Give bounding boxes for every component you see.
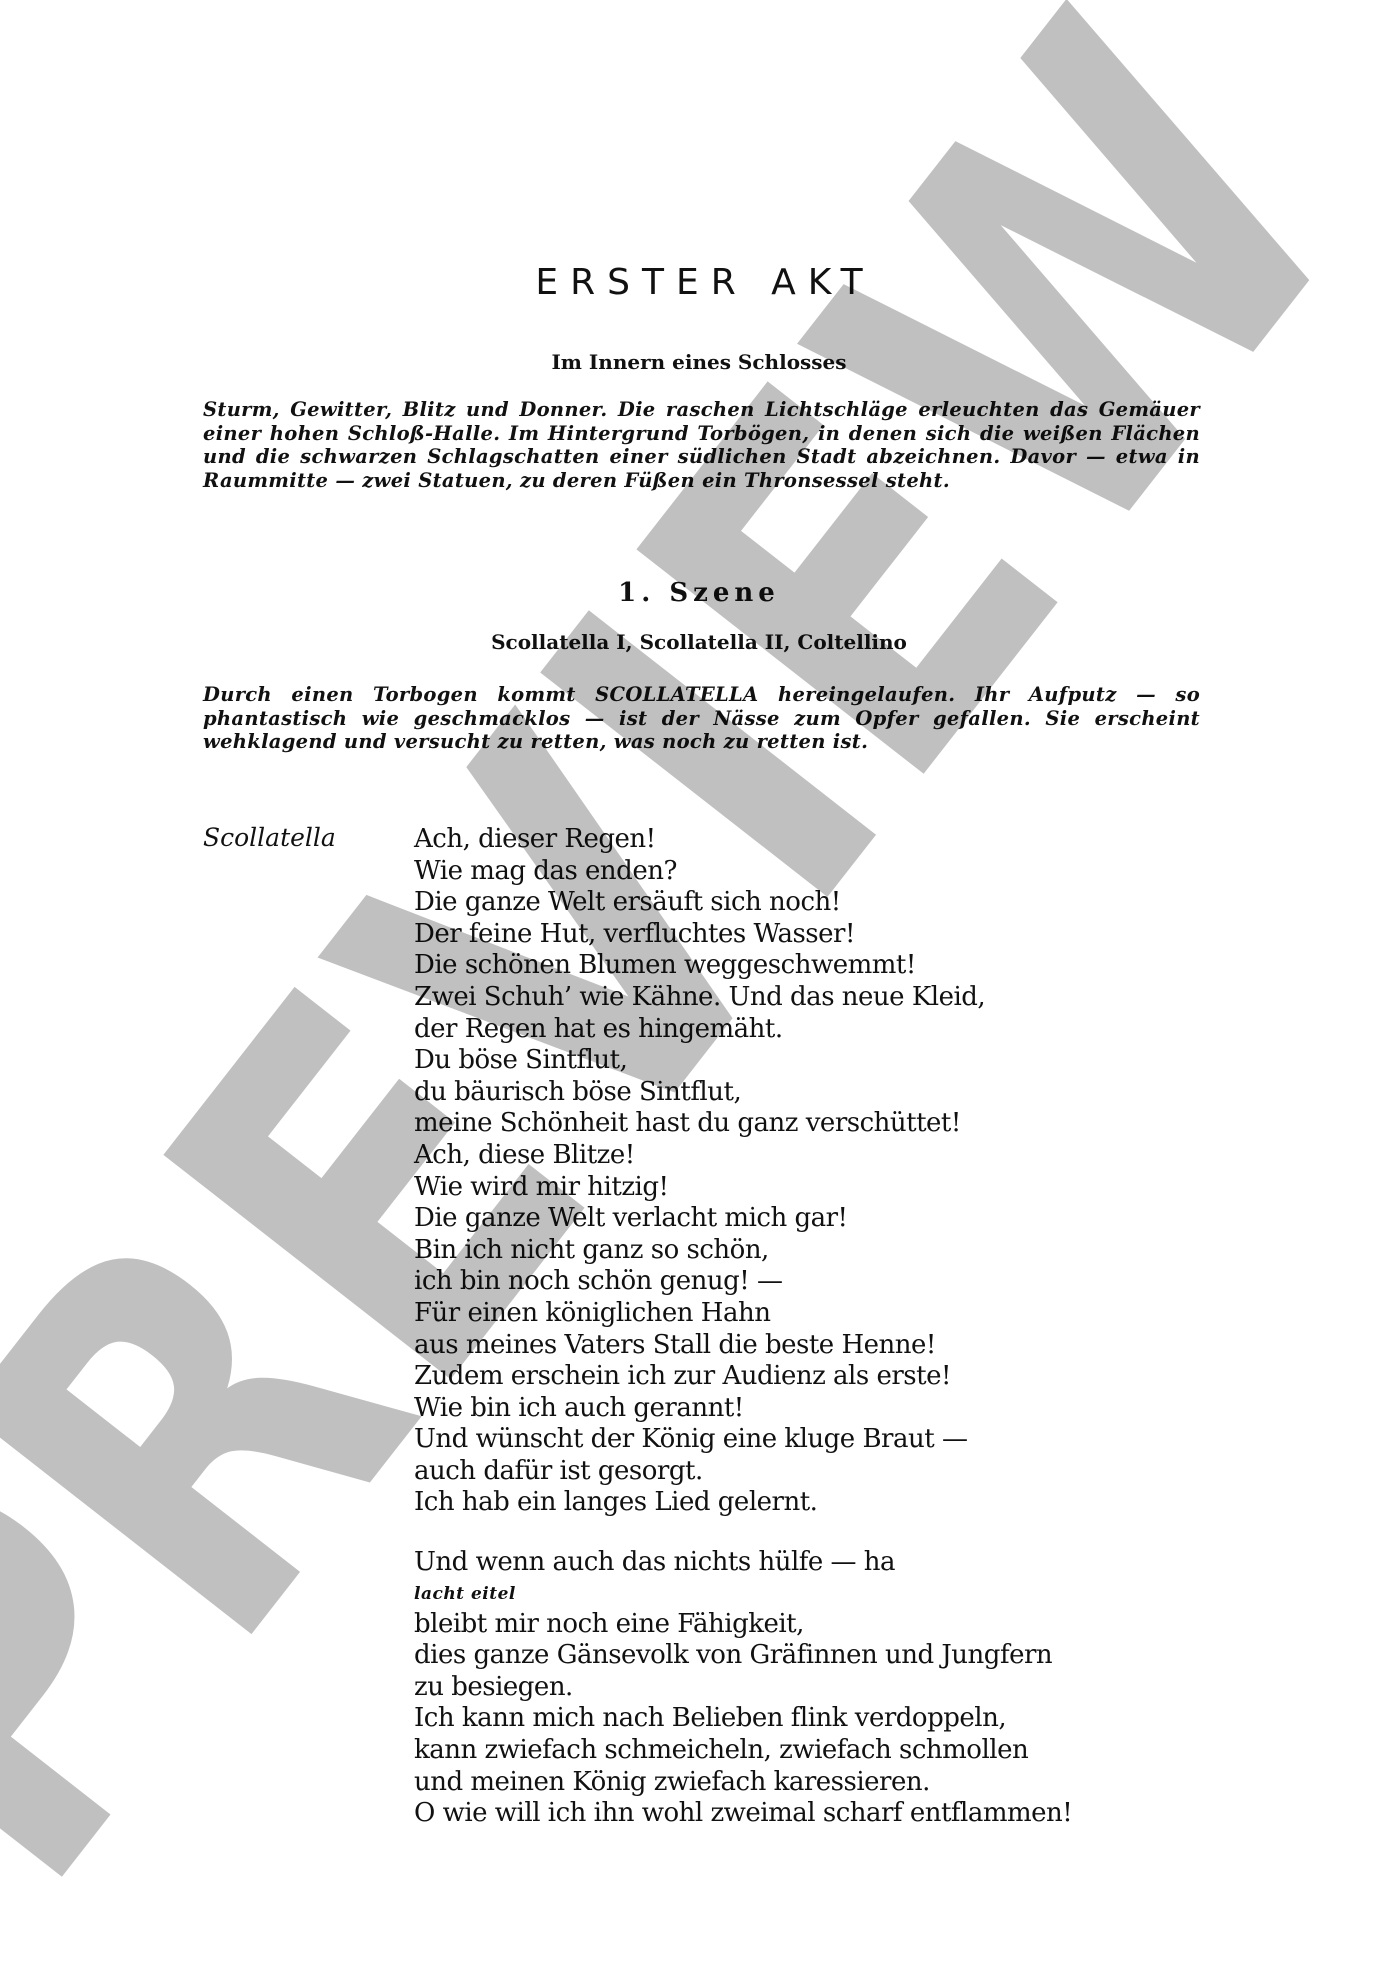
verse-line: ich bin noch schön genug! — (414, 1266, 985, 1298)
verse-line: Bin ich nicht ganz so schön, (414, 1235, 985, 1267)
verse-line: Zwei Schuh’ wie Kähne. Und das neue Klei… (414, 982, 985, 1014)
verse-line: Die ganze Welt verlacht mich gar! (414, 1203, 985, 1235)
verse-line: kann zwiefach schmeicheln, zwiefach schm… (414, 1735, 1072, 1767)
setting-heading: Im Innern eines Schlosses (0, 350, 1398, 374)
verse-line: Die schönen Blumen weggeschwemmt! (414, 950, 985, 982)
verse-line: dies ganze Gänsevolk von Gräfinnen und J… (414, 1640, 1072, 1672)
verse-line: Du böse Sintflut, (414, 1045, 985, 1077)
verse-line: Zudem erschein ich zur Audienz als erste… (414, 1361, 985, 1393)
verse-line: meine Schönheit hast du ganz verschüttet… (414, 1108, 985, 1140)
verse-line: Und wünscht der König eine kluge Braut — (414, 1424, 985, 1456)
verse-line: Ach, dieser Regen! (414, 824, 985, 856)
verse-line: der Regen hat es hingemäht. (414, 1014, 985, 1046)
scene-characters: Scollatella I, Scollatella II, Coltellin… (0, 630, 1398, 654)
libretto-page: ERSTER AKT Im Innern eines Schlosses Stu… (0, 0, 1398, 1984)
verse-line: bleibt mir noch eine Fähigkeit, (414, 1609, 1072, 1641)
act-title: ERSTER AKT (0, 262, 1398, 303)
speaker-name: Scollatella (203, 823, 336, 852)
verse-line: Ich kann mich nach Belieben flink verdop… (414, 1703, 1072, 1735)
verse-line: Die ganze Welt ersäuft sich noch! (414, 887, 985, 919)
verse-line: Der feine Hut, verfluchtes Wasser! (414, 919, 985, 951)
scene-stage-direction: Durch einen Torbogen kommt SCOLLATELLA h… (203, 683, 1200, 754)
verse-line: O wie will ich ihn wohl zweimal scharf e… (414, 1798, 1072, 1830)
verse-line: Für einen königlichen Hahn (414, 1298, 985, 1330)
verse-line: zu besiegen. (414, 1672, 1072, 1704)
verse-line: aus meines Vaters Stall die beste Henne! (414, 1330, 985, 1362)
verse-line: auch dafür ist gesorgt. (414, 1456, 985, 1488)
verse-line: Wie wird mir hitzig! (414, 1172, 985, 1204)
verse-line: Ich hab ein langes Lied gelernt. (414, 1487, 985, 1519)
scene-title: 1. Szene (0, 578, 1398, 608)
verse-line: und meinen König zwiefach karessieren. (414, 1767, 1072, 1799)
verse-block-1: Ach, dieser Regen!Wie mag das enden?Die … (414, 824, 985, 1519)
verse-line: Und wenn auch das nichts hülfe — ha (414, 1547, 1072, 1579)
verse-block-2: Und wenn auch das nichts hülfe — ha lach… (414, 1547, 1072, 1830)
inline-stage-direction: lacht eitel (414, 1579, 1072, 1609)
verse-line: du bäurisch böse Sintflut, (414, 1077, 985, 1109)
opening-stage-direction: Sturm, Gewitter, Blitz und Donner. Die r… (203, 398, 1200, 492)
verse-line: Ach, diese Blitze! (414, 1140, 985, 1172)
verse-line: Wie bin ich auch gerannt! (414, 1393, 985, 1425)
verse-line: Wie mag das enden? (414, 856, 985, 888)
